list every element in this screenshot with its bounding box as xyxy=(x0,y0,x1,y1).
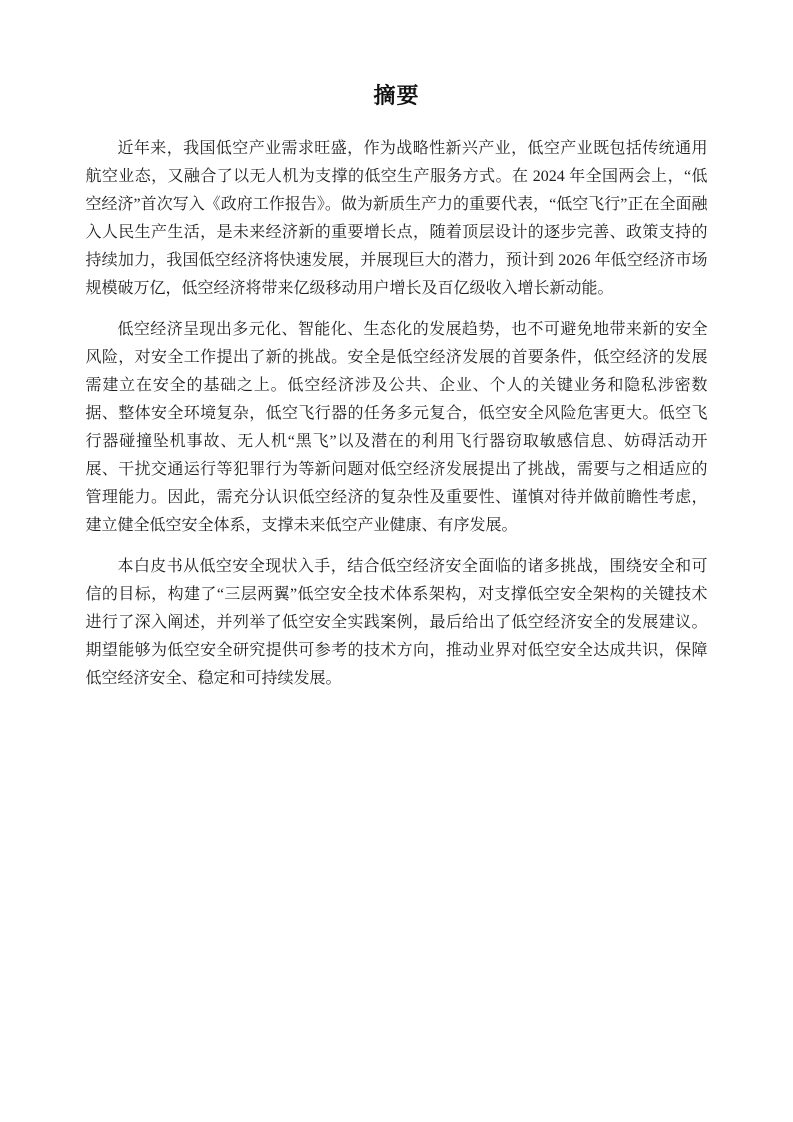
abstract-paragraph: 低空经济呈现出多元化、智能化、生态化的发展趋势，也不可避免地带来新的安全风险，对… xyxy=(86,316,708,540)
page-title: 摘要 xyxy=(0,82,793,110)
document-page: 摘要 近年来，我国低空产业需求旺盛，作为战略性新兴产业，低空产业既包括传统通用航… xyxy=(0,0,793,1122)
abstract-paragraph: 本白皮书从低空安全现状入手，结合低空经济安全面临的诸多挑战，围绕安全和可信的目标… xyxy=(86,553,708,693)
abstract-body: 近年来，我国低空产业需求旺盛，作为战略性新兴产业，低空产业既包括传统通用航空业态… xyxy=(86,135,708,693)
abstract-paragraph: 近年来，我国低空产业需求旺盛，作为战略性新兴产业，低空产业既包括传统通用航空业态… xyxy=(86,135,708,303)
